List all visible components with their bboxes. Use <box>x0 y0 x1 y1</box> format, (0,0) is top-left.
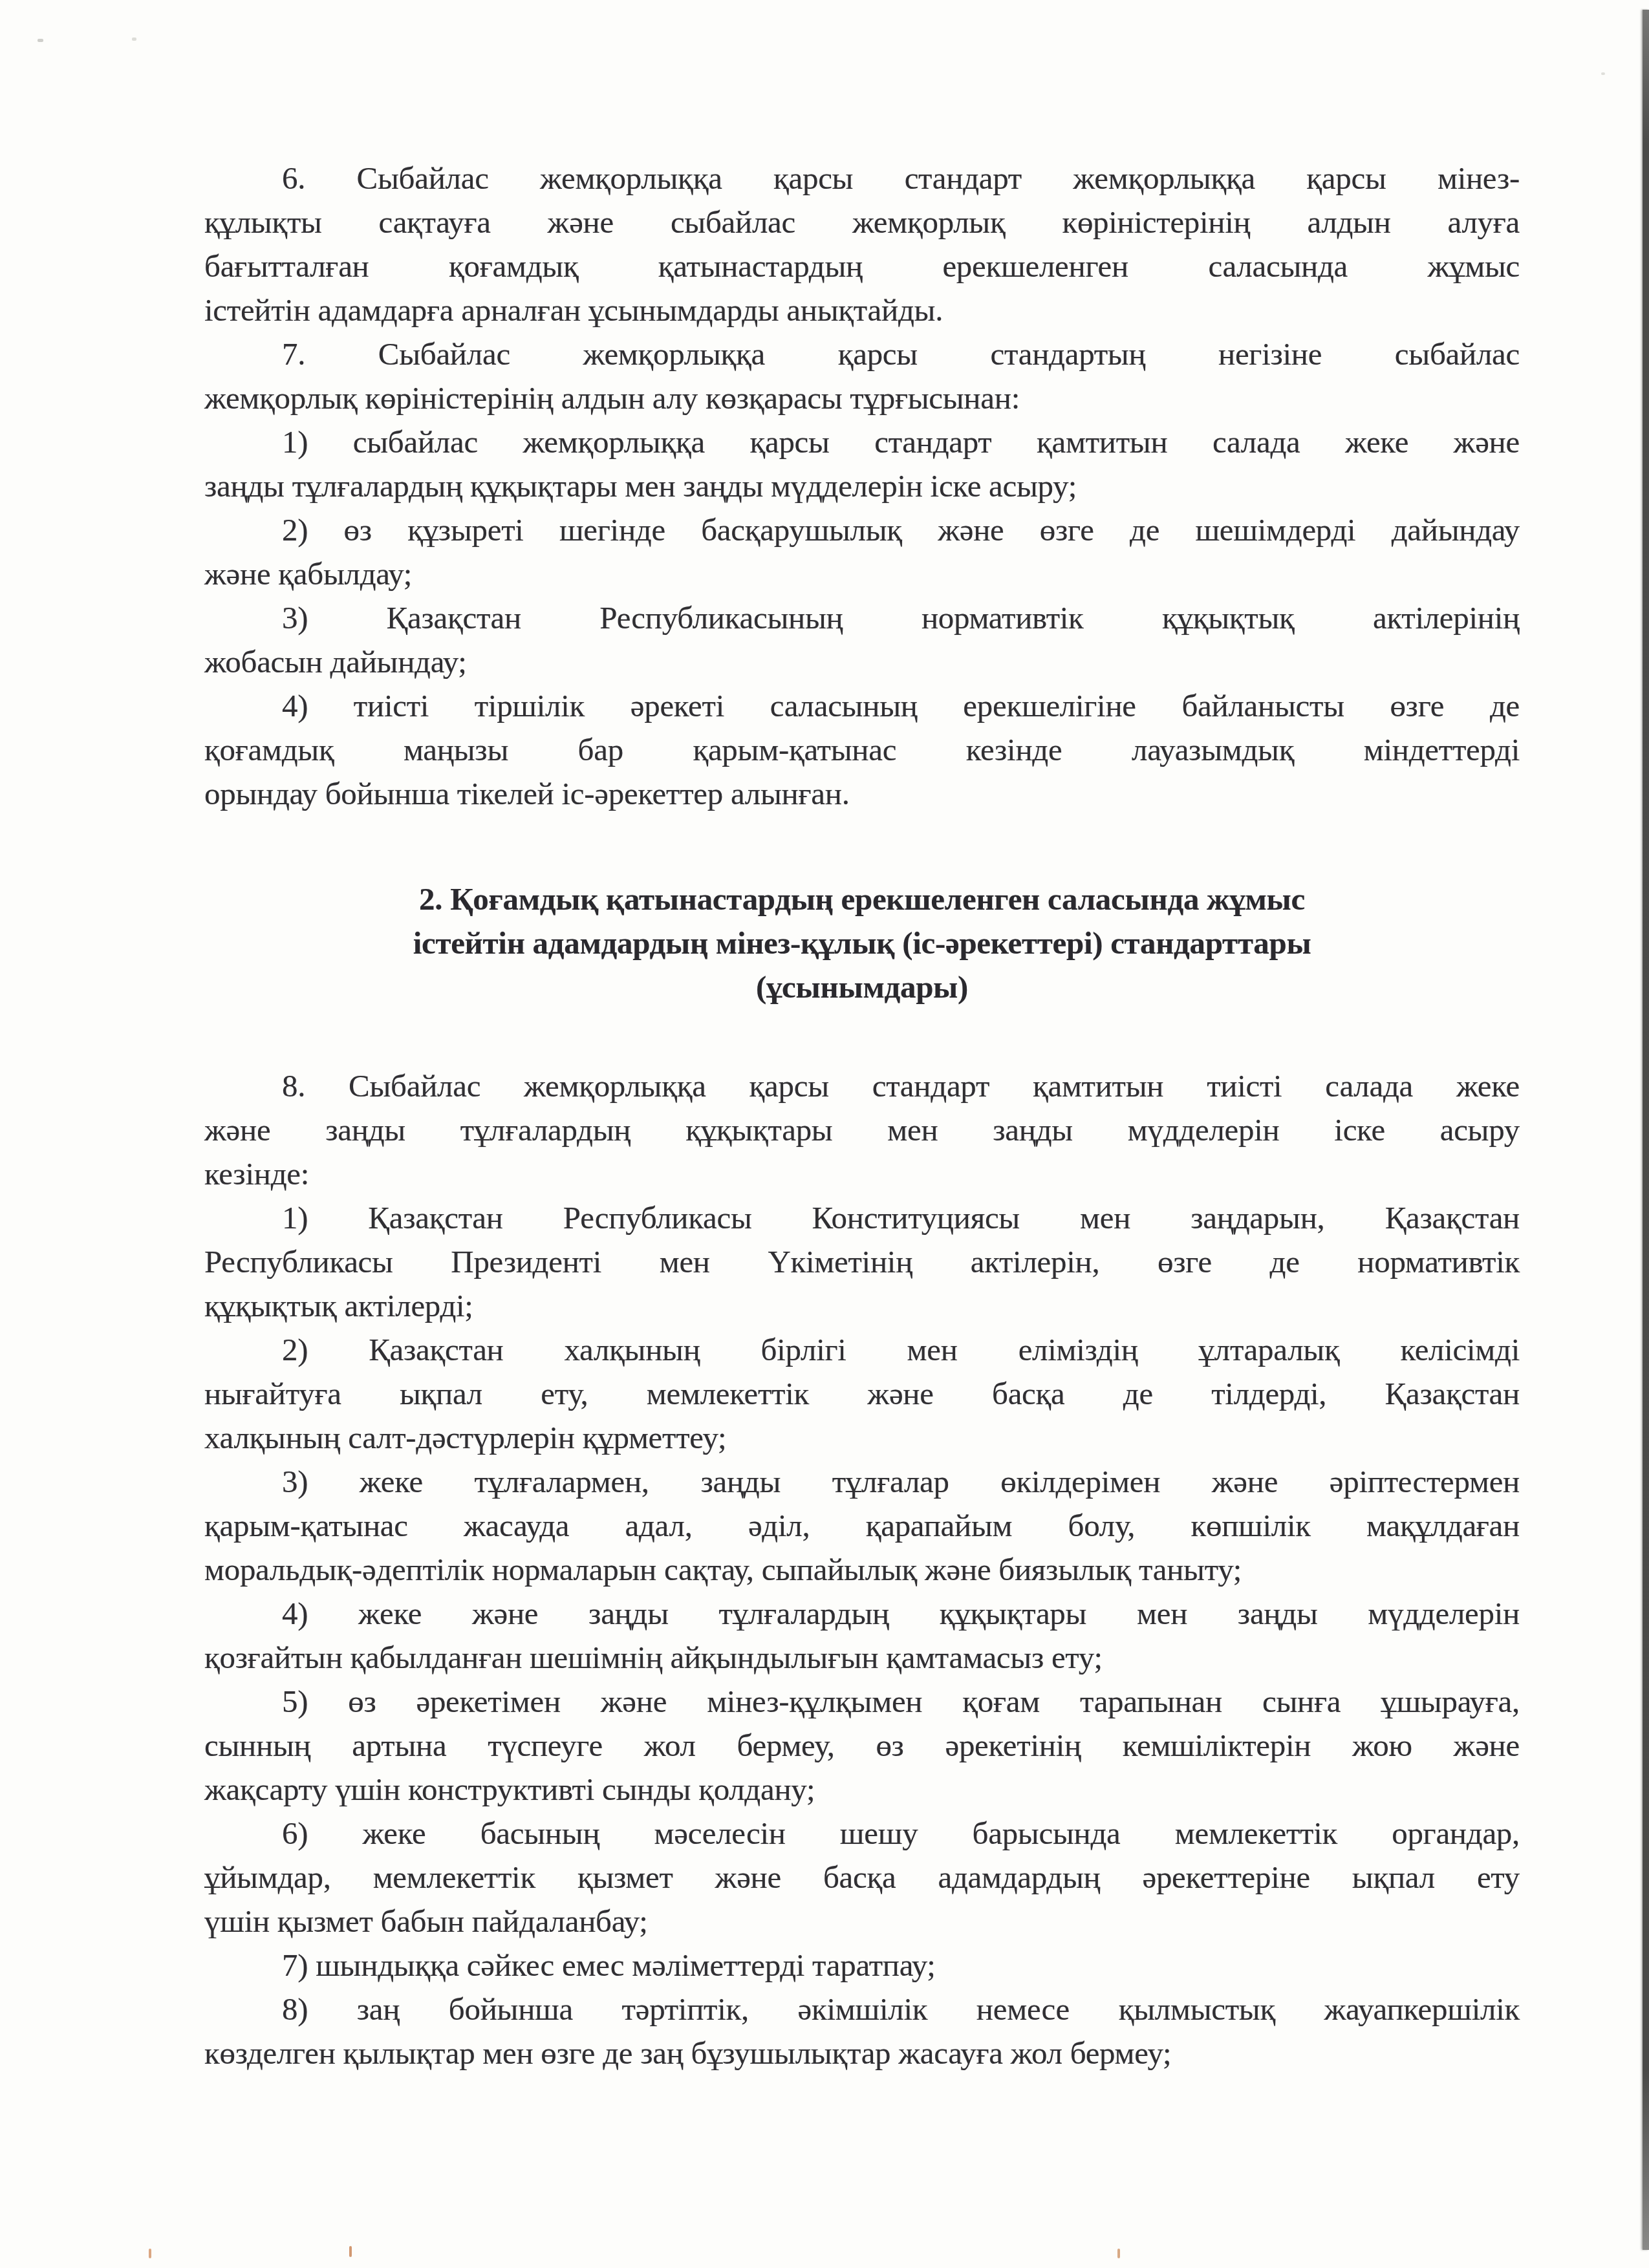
paragraph: 8. Сыбайлас жемқорлыққа қарсы стандарт қ… <box>204 1064 1520 1196</box>
text-line: жобасын дайындау; <box>204 640 1520 684</box>
text-line: қозғайтын қабылданған шешімнің айқындылы… <box>204 1636 1520 1680</box>
scan-speck <box>132 37 136 41</box>
text-line: 8. Сыбайлас жемқорлыққа қарсы стандарт қ… <box>204 1064 1520 1108</box>
text-line: (ұсынымдары) <box>204 965 1520 1009</box>
text-line: орындау бойынша тікелей іс-әрекеттер алы… <box>204 772 1520 816</box>
scan-speck <box>349 2246 352 2257</box>
text-line: халқының салт-дәстүрлерін құрметтеу; <box>204 1416 1520 1460</box>
paragraph: 2) Қазақстан халқының бірлігі мен еліміз… <box>204 1328 1520 1460</box>
text-line: құқықтық актілерді; <box>204 1284 1520 1328</box>
paragraph: 6. Сыбайлас жемқорлыққа қарсы стандарт ж… <box>204 156 1520 332</box>
paragraph: 1) сыбайлас жемқорлыққа қарсы стандарт қ… <box>204 420 1520 508</box>
text-line: сынның артына түспеуге жол бермеу, өз әр… <box>204 1724 1520 1768</box>
paragraph: 3) Қазақстан Республикасының нормативтік… <box>204 596 1520 684</box>
document-body: 6. Сыбайлас жемқорлыққа қарсы стандарт ж… <box>204 156 1520 2075</box>
text-line: ұйымдар, мемлекеттік қызмет және басқа а… <box>204 1856 1520 1899</box>
paragraph: 8) заң бойынша тәртіптік, әкімшілік неме… <box>204 1987 1520 2075</box>
paragraph: 3) жеке тұлғалармен, заңды тұлғалар өкіл… <box>204 1460 1520 1592</box>
text-line: бағытталған қоғамдық қатынастардың ерекш… <box>204 244 1520 288</box>
text-line: 4) тиісті тіршілік әрекеті саласының ере… <box>204 684 1520 728</box>
paragraph: 2) өз құзыреті шегінде басқарушылық және… <box>204 508 1520 596</box>
text-line: 1) Қазақстан Республикасы Конституциясы … <box>204 1196 1520 1240</box>
paragraph: 6) жеке басының мәселесін шешу барысында… <box>204 1812 1520 1943</box>
scan-speck <box>149 2249 151 2258</box>
paragraph: 7. Сыбайлас жемқорлыққа қарсы стандартың… <box>204 332 1520 420</box>
text-line: 2) өз құзыреті шегінде басқарушылық және… <box>204 508 1520 552</box>
text-line: кезінде: <box>204 1152 1520 1196</box>
text-line: құлықты сақтауға және сыбайлас жемқорлық… <box>204 200 1520 244</box>
text-line: 3) жеке тұлғалармен, заңды тұлғалар өкіл… <box>204 1460 1520 1504</box>
scan-speck <box>38 39 43 42</box>
text-line: 8) заң бойынша тәртіптік, әкімшілік неме… <box>204 1987 1520 2031</box>
scan-edge-artifact <box>1643 10 1649 2250</box>
text-line: қоғамдық маңызы бар қарым-қатынас кезінд… <box>204 728 1520 772</box>
scan-speck <box>1117 2249 1120 2258</box>
text-line: қарым-қатынас жасауда адал, әділ, қарапа… <box>204 1504 1520 1548</box>
text-line: 2) Қазақстан халқының бірлігі мен еліміз… <box>204 1328 1520 1372</box>
text-line: 5) өз әрекетімен және мінез-құлқымен қоғ… <box>204 1680 1520 1724</box>
text-line: істейтін адамдардың мінез-құлық (іс-әрек… <box>204 921 1520 965</box>
text-line: Республикасы Президенті мен Үкіметінің а… <box>204 1240 1520 1284</box>
text-line: 7) шындыққа сәйкес емес мәліметтерді тар… <box>204 1943 1520 1987</box>
text-line: моральдық-әдептілік нормаларын сақтау, с… <box>204 1548 1520 1592</box>
text-line: және қабылдау; <box>204 552 1520 596</box>
text-line: жемқорлық көріністерінің алдын алу көзқа… <box>204 376 1520 420</box>
scanned-document-page: 6. Сыбайлас жемқорлыққа қарсы стандарт ж… <box>0 0 1649 2268</box>
text-line: 2. Қоғамдық қатынастардың ерекшеленген с… <box>204 877 1520 921</box>
text-line: заңды тұлғалардың құқықтары мен заңды мү… <box>204 464 1520 508</box>
text-line: 3) Қазақстан Республикасының нормативтік… <box>204 596 1520 640</box>
paragraph: 1) Қазақстан Республикасы Конституциясы … <box>204 1196 1520 1328</box>
text-line: 7. Сыбайлас жемқорлыққа қарсы стандартың… <box>204 332 1520 376</box>
text-line: 1) сыбайлас жемқорлыққа қарсы стандарт қ… <box>204 420 1520 464</box>
text-line: нығайтуға ықпал ету, мемлекеттік және ба… <box>204 1372 1520 1416</box>
text-line: жақсарту үшін конструктивті сынды қолдан… <box>204 1768 1520 1812</box>
text-line: 6) жеке басының мәселесін шешу барысында… <box>204 1812 1520 1856</box>
paragraph: 4) тиісті тіршілік әрекеті саласының ере… <box>204 684 1520 816</box>
section-heading: 2. Қоғамдық қатынастардың ерекшеленген с… <box>204 877 1520 1009</box>
text-line: 6. Сыбайлас жемқорлыққа қарсы стандарт ж… <box>204 156 1520 200</box>
text-line: 4) жеке және заңды тұлғалардың құқықтары… <box>204 1592 1520 1636</box>
text-line: үшін қызмет бабын пайдаланбау; <box>204 1899 1520 1943</box>
paragraph: 4) жеке және заңды тұлғалардың құқықтары… <box>204 1592 1520 1680</box>
paragraph: 7) шындыққа сәйкес емес мәліметтерді тар… <box>204 1943 1520 1987</box>
text-line: істейтін адамдарға арналған ұсынымдарды … <box>204 288 1520 332</box>
text-line: көзделген қылықтар мен өзге де заң бұзуш… <box>204 2031 1520 2075</box>
scan-speck <box>1601 72 1605 75</box>
paragraph: 5) өз әрекетімен және мінез-құлқымен қоғ… <box>204 1680 1520 1812</box>
text-line: және заңды тұлғалардың құқықтары мен заң… <box>204 1108 1520 1152</box>
